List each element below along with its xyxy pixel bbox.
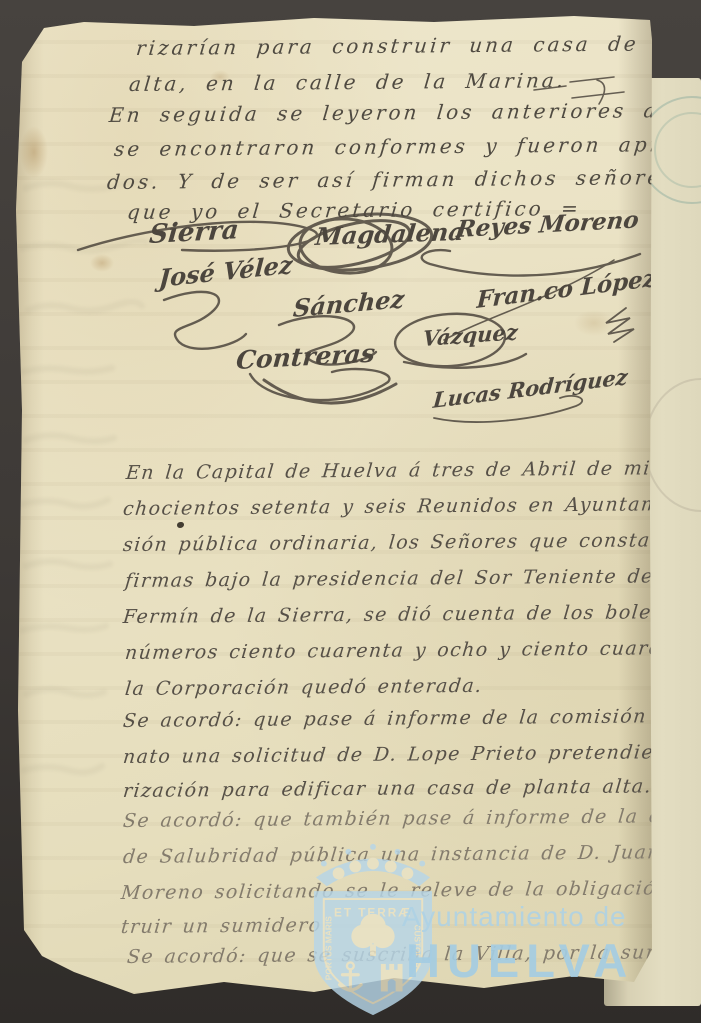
manuscript-line: En la Capital de Huelva á tres de Abril … — [125, 457, 690, 484]
manuscript-line: la Corporación quedó enterada. — [124, 675, 484, 700]
signature-magdalena: Magdalena — [314, 217, 466, 251]
signature-contreras: Contreras — [235, 339, 376, 375]
manuscript-line: firmas bajo la presidencia del Sor Tenie… — [124, 564, 701, 592]
manuscript-line: rización para edificar una casa de plant… — [122, 775, 653, 802]
ink-blot — [177, 522, 184, 528]
signature-sierra: Sierra — [148, 215, 240, 250]
manuscript-line: Moreno solicitando se le releve de la ob… — [120, 876, 701, 904]
manuscript-line: truir un sumidero — [120, 914, 323, 938]
manuscript-line: nato una solicitud de D. Lope Prieto pre… — [122, 740, 701, 768]
manuscript-line: de Salubridad pública una instancia de D… — [122, 841, 701, 868]
manuscript-line: Se acordó: que también pase á informe de… — [122, 805, 701, 832]
manuscript-line: Se acordó: que pase á informe de la comi… — [122, 705, 701, 732]
manuscript-line: números ciento cuarenta y ocho y ciento … — [124, 636, 701, 664]
manuscript-line: alta, en la calle de la Marina. — [128, 68, 567, 96]
page-left-edge-shading — [14, 10, 44, 996]
manuscript-line: Se acordó: que se suscriba la Villa, por… — [126, 940, 701, 968]
manuscript-line: dos. Y de ser así firman dichos señores … — [106, 165, 701, 194]
ink-stamp-circle-lower — [644, 378, 701, 512]
signature-lucas-rodriguez: Lucas Rodríguez — [432, 364, 629, 413]
manuscript-line: En seguida se leyeron los anteriores acu… — [108, 97, 701, 127]
manuscript-line: chocientos setenta y seis Reunidos en Ay… — [122, 492, 701, 520]
manuscript-line: rizarían para construir una casa de pla — [135, 31, 697, 60]
archive-photo: rizarían para construir una casa de pla … — [0, 0, 701, 1023]
signature-sanchez: Sánchez — [292, 284, 405, 323]
manuscript-line: Fermín de la Sierra, se dió cuenta de lo… — [122, 600, 701, 628]
foxing-stain — [90, 254, 114, 272]
signature-jose-velez: José Vélez — [158, 250, 294, 293]
foxing-stain — [574, 310, 614, 336]
signature-vazquez: Vázquez — [422, 319, 519, 351]
manuscript-line: se encontraron conformes y fueron apro — [113, 132, 678, 161]
manuscript-page: rizarían para construir una casa de pla … — [14, 10, 652, 996]
manuscript-line: sión pública ordinaria, los Señores que … — [122, 528, 701, 556]
